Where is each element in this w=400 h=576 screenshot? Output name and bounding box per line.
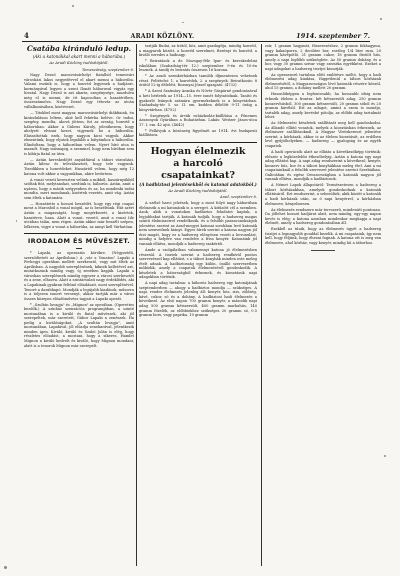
feature-subtitle: (A hadbiztosi jelentésekből és katonai a… <box>139 182 257 187</box>
section-title: IRODALOM ÉS MŰVÉSZET. <box>24 237 134 245</box>
section-divider <box>139 142 257 143</box>
scan-speck <box>384 455 386 457</box>
feature-byline: Az Aradi Közlöny tudósítójától. <box>139 189 257 194</box>
paragraph: Az élelmezés rendszere már tervszerű, mi… <box>265 208 381 226</box>
newspaper-page: 4 ARADI KÖZLÖNY. 1914. szeptember 7. Csa… <box>0 0 400 576</box>
paragraph: * Lapaki, az operaszín körökre. (Négyzet… <box>24 251 134 301</box>
paragraph: Ámde a szolgálatban valamennyi katona jó… <box>139 248 257 280</box>
feature-title-line1: Hogyan élelmezik <box>139 146 257 158</box>
newspaper-title: ARADI KÖZLÖNY. <box>131 33 195 40</box>
paragraph: A Német Lapok állapotáról: Természetesen… <box>265 183 381 206</box>
scan-speck <box>72 5 74 7</box>
paragraph: Hasonlóképpen a legfontosabb, ha hosszab… <box>265 92 381 119</box>
notice: * A Szent Szatmáry Aranka és Nővér Gáspá… <box>139 89 257 112</box>
paragraph: — Hozzátette a hosszú beszédét, hogy egy… <box>24 202 134 229</box>
notice: * Beiratások a dr. Mozsgay-féle Ipar- és… <box>139 59 257 73</box>
paragraph: tartják Budai, az írótól, köz, amit gazd… <box>139 44 257 58</box>
section-divider <box>24 233 134 234</box>
paragraph: — Aztán kereskedőjét anyádfiával a tábor… <box>24 158 134 176</box>
column-1: Csatába kiránduló ledup. (Aki a katonákk… <box>24 44 134 564</box>
column-2: tartják Budai, az írótól, köz, amit gazd… <box>139 44 257 564</box>
scan-speck <box>182 22 184 23</box>
paragraph: A vonat vezeti kereszten velünk a mikből… <box>24 178 134 201</box>
paragraph: Az élelmezési készletek szállítását meg … <box>265 121 381 148</box>
header-rule <box>22 41 370 42</box>
issue-date: 1914. szeptember 7. <box>296 32 370 40</box>
dash-divider <box>76 248 82 249</box>
article-dateline: Temesvárság, szeptember 6. <box>24 68 134 73</box>
feature-title-line2: a harcoló csapatainkat? <box>139 158 257 182</box>
column-divider <box>136 44 137 566</box>
column-divider <box>261 44 262 566</box>
article-title: Csatába kiránduló ledup. <box>24 44 134 53</box>
scan-speck <box>380 18 382 20</box>
article-subtitle: (Aki a katonákkal akart menni a háborúba… <box>24 54 134 59</box>
paragraph: zsír, 1 gramm hagymát, fűszerezéshez, 2 … <box>265 44 381 71</box>
article-byline: Az Aradi Közlöny tudósítójától. <box>24 61 134 66</box>
feature-dateline: Arad, szeptember 6. <box>139 195 257 200</box>
notice: * Az aradi szemkórházban tanulók díjment… <box>139 74 257 88</box>
paragraph: A napi adag tartalma: a háborús hadsereg… <box>139 281 257 317</box>
page-number: 4 <box>24 31 29 40</box>
end-rule <box>311 250 335 251</box>
scan-speck <box>16 220 17 222</box>
paragraph: Ezekből az tűnik, hogy az élelmezés ügyé… <box>265 227 381 245</box>
notice: * Szegények és árvák ruházkodás-kiállítá… <box>139 114 257 128</box>
paragraph: A hadi operációk alatt az ellátás a köve… <box>265 150 381 182</box>
paragraph: A szélső harci jelzések, hogy a most fol… <box>139 201 257 246</box>
paragraph: * „Szultán lovagja" és „Mignon" az operá… <box>24 303 134 348</box>
column-3: zsír, 1 gramm hagymát, fűszerezéshez, 2 … <box>265 44 381 534</box>
paragraph: — Titokbel most magyar, marosvásárhelyi … <box>24 111 134 156</box>
page-header: 4 ARADI KÖZLÖNY. 1914. szeptember 7. <box>24 28 370 40</box>
paragraph: Nagy Dezső marosvásárhelyi fiatalból tem… <box>24 73 134 109</box>
notice: * Felhívjuk a közönség figyelmét az 1914… <box>139 129 257 138</box>
scan-speck <box>4 566 7 569</box>
paragraph: Az operaszerű tartalma előtt említésre m… <box>265 73 381 91</box>
